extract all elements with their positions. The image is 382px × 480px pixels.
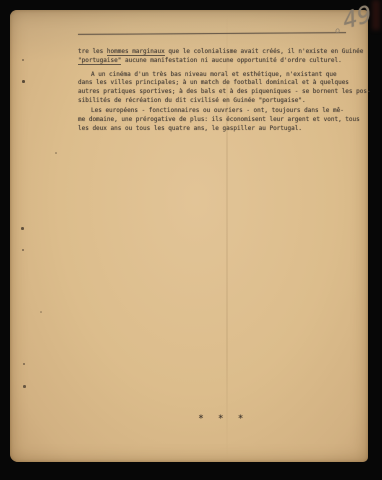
- paragraph-3: Les européens - fonctionnaires ou ouvrie…: [78, 107, 374, 133]
- text-line: autres pratiques sportives; à des bals e…: [78, 88, 374, 97]
- text-line: les deux ans ou tous les quatre ans, le …: [78, 125, 374, 134]
- paper-speck: [55, 152, 57, 154]
- paper-speck: [40, 311, 42, 313]
- text-line: "portugaise" aucune manifestation ni auc…: [78, 57, 374, 66]
- text-segment: que le colonialisme avait créés, il n'ex…: [165, 48, 364, 55]
- paragraph-2: A un cinéma d'un très bas niveau moral e…: [78, 71, 374, 106]
- paper-speck: [22, 249, 24, 251]
- text-line: tre les hommes marginaux que le colonial…: [78, 48, 374, 57]
- paragraph-1: tre les hommes marginaux que le colonial…: [78, 48, 374, 66]
- underlined-text: hommes marginaux: [107, 48, 165, 56]
- handwritten-page-number: 49: [341, 0, 382, 49]
- paper-speck: [23, 385, 26, 388]
- text-segment: tre les: [78, 48, 107, 55]
- text-segment: aucune manifestation ni aucune opportuni…: [121, 57, 341, 64]
- paper-speck: [23, 363, 25, 365]
- paper-speck: [22, 59, 24, 61]
- typed-text: tre les hommes marginaux que le colonial…: [78, 48, 374, 134]
- text-line: sibilités de récréation du dit civilisé …: [78, 97, 374, 106]
- scan-background: o 49 tre les hommes marginaux que le col…: [0, 0, 382, 480]
- paper-speck: [22, 80, 25, 83]
- underlined-text: "portugaise": [78, 57, 121, 65]
- text-line: me domaine, une prérogative de plus: ils…: [78, 116, 374, 125]
- section-separator: * * *: [198, 414, 248, 424]
- text-line: dans les villes principales; à un match …: [78, 79, 374, 88]
- text-line: Les européens - fonctionnaires ou ouvrie…: [78, 107, 374, 116]
- paper-sheet: o 49 tre les hommes marginaux que le col…: [10, 10, 368, 462]
- paper-speck: [21, 227, 24, 230]
